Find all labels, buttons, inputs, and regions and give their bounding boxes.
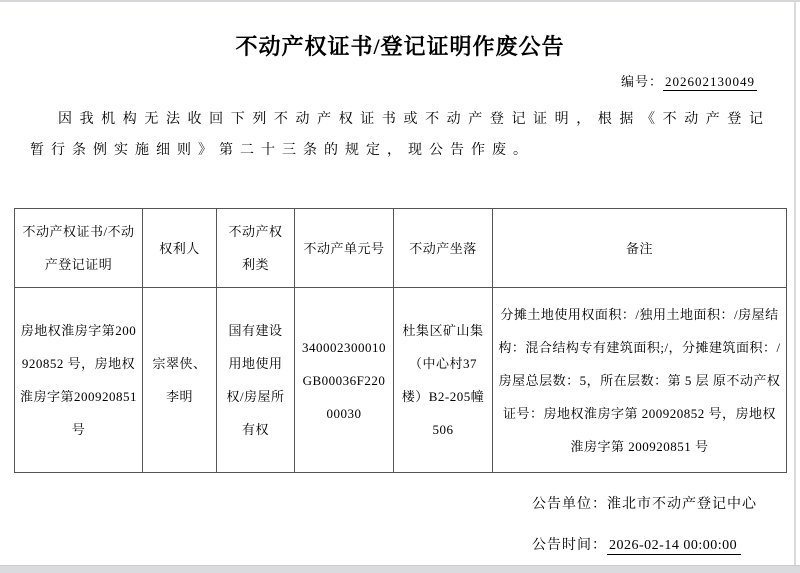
table-row: 房地权淮房字第200920852 号，房地权淮房字第200920851 号 宗翠… xyxy=(15,288,787,473)
frame-bottom-edge xyxy=(0,565,800,573)
announcement-time-line: 公告时间：2026-02-14 00:00:00 xyxy=(532,534,800,554)
cancellation-table: 不动产权证书/不动产登记证明 权利人 不动产权利类 不动产单元号 不动产坐落 备… xyxy=(14,208,787,473)
col-header-unit-no: 不动产单元号 xyxy=(295,209,394,288)
notice-footer: 公告单位：淮北市不动产登记中心 公告时间：2026-02-14 00:00:00 xyxy=(532,493,800,554)
col-header-location: 不动产坐落 xyxy=(394,209,493,288)
cell-unit-no: 340002300010GB00036F22000030 xyxy=(295,288,394,473)
announcing-unit-value: 淮北市不动产登记中心 xyxy=(607,497,757,512)
cell-right-type: 国有建设用地使用权/房屋所有权 xyxy=(217,288,295,473)
announcing-unit-line: 公告单位：淮北市不动产登记中心 xyxy=(532,493,800,513)
page-title: 不动产权证书/登记证明作废公告 xyxy=(0,30,800,61)
frame-right-edge xyxy=(794,0,796,566)
announcement-time-label: 公告时间： xyxy=(532,538,607,553)
cell-remark: 分摊土地使用权面积：/独用土地面积：/房屋结构：混合结构专有建筑面积;/，分摊建… xyxy=(493,288,787,473)
cell-location: 杜集区矿山集（中心村37楼）B2-205幢506 xyxy=(394,288,493,473)
serial-line: 编号：202602130049 xyxy=(0,71,800,90)
table-header-row: 不动产权证书/不动产登记证明 权利人 不动产权利类 不动产单元号 不动产坐落 备… xyxy=(15,209,787,288)
notice-page: 不动产权证书/登记证明作废公告 编号：202602130049 因我机构无法收回… xyxy=(0,0,800,573)
cell-certificate-no: 房地权淮房字第200920852 号，房地权淮房字第200920851 号 xyxy=(15,288,143,473)
announcing-unit-label: 公告单位： xyxy=(532,497,607,512)
col-header-certificate-no: 不动产权证书/不动产登记证明 xyxy=(15,209,143,288)
col-header-right-type: 不动产权利类 xyxy=(217,209,295,288)
frame-top-edge xyxy=(0,0,800,2)
notice-body-text: 因我机构无法收回下列不动产权证书或不动产登记证明，根据《不动产登记暂行条例实施细… xyxy=(30,104,770,166)
announcement-time-value: 2026-02-14 00:00:00 xyxy=(607,538,741,555)
col-header-remark: 备注 xyxy=(493,209,787,288)
serial-label: 编号： xyxy=(621,74,663,89)
serial-number: 202602130049 xyxy=(663,74,757,91)
cell-holder: 宗翠侠、李明 xyxy=(143,288,217,473)
col-header-holder: 权利人 xyxy=(143,209,217,288)
